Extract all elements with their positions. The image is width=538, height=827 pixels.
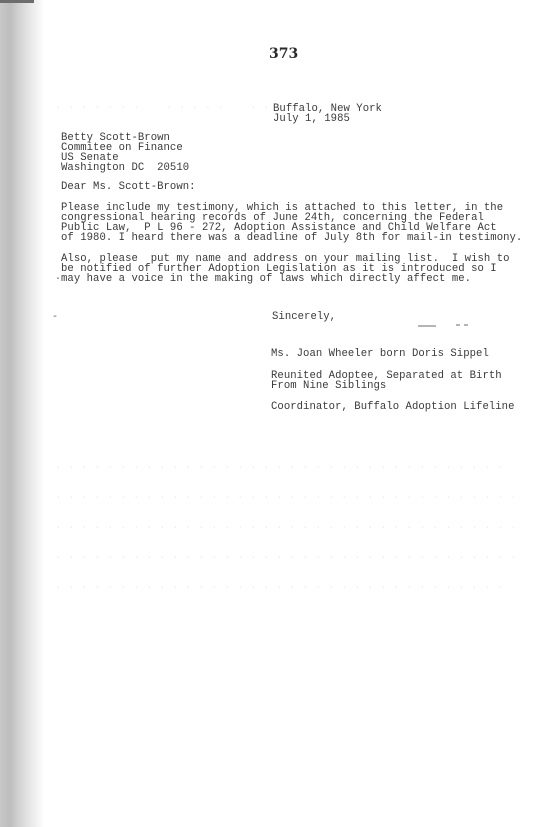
page-number: 373 (269, 46, 298, 62)
paragraph1-line: of 1980. I heard there was a deadline of… (61, 233, 522, 243)
scan-edge-mark (0, 0, 34, 3)
recipient-city: Washington DC 20510 (61, 163, 189, 173)
signer-title-line: From Nine Siblings (271, 381, 386, 391)
scan-binding-shadow (0, 0, 44, 827)
bleed-through-text: . . . . . . . . . . . . . . . . . . . . … (55, 580, 504, 592)
signer-role: Coordinator, Buffalo Adoption Lifeline (271, 402, 514, 412)
margin-mark: - (52, 312, 58, 323)
bleed-through-text: . . . . . . . . . . . . . . . . . . . . … (55, 520, 517, 532)
bleed-through-text: . . . . . . . . . . . . . . . . . . . . … (55, 490, 517, 502)
paragraph2-line: may have a voice in the making of laws w… (61, 274, 471, 284)
closing: Sincerely, (272, 312, 336, 322)
letter-date: July 1, 1985 (273, 114, 350, 124)
bleed-through-text: . . . . . . . . . . . . . . . . . . . . … (55, 460, 504, 472)
salutation: Dear Ms. Scott-Brown: (61, 182, 196, 192)
signature-name: Ms. Joan Wheeler born Doris Sippel (271, 349, 489, 359)
bleed-through-text: . . . . . . . . . . . . . . . . . . . . … (55, 550, 517, 562)
margin-mark: · (55, 274, 61, 285)
signature-mark (418, 324, 468, 327)
